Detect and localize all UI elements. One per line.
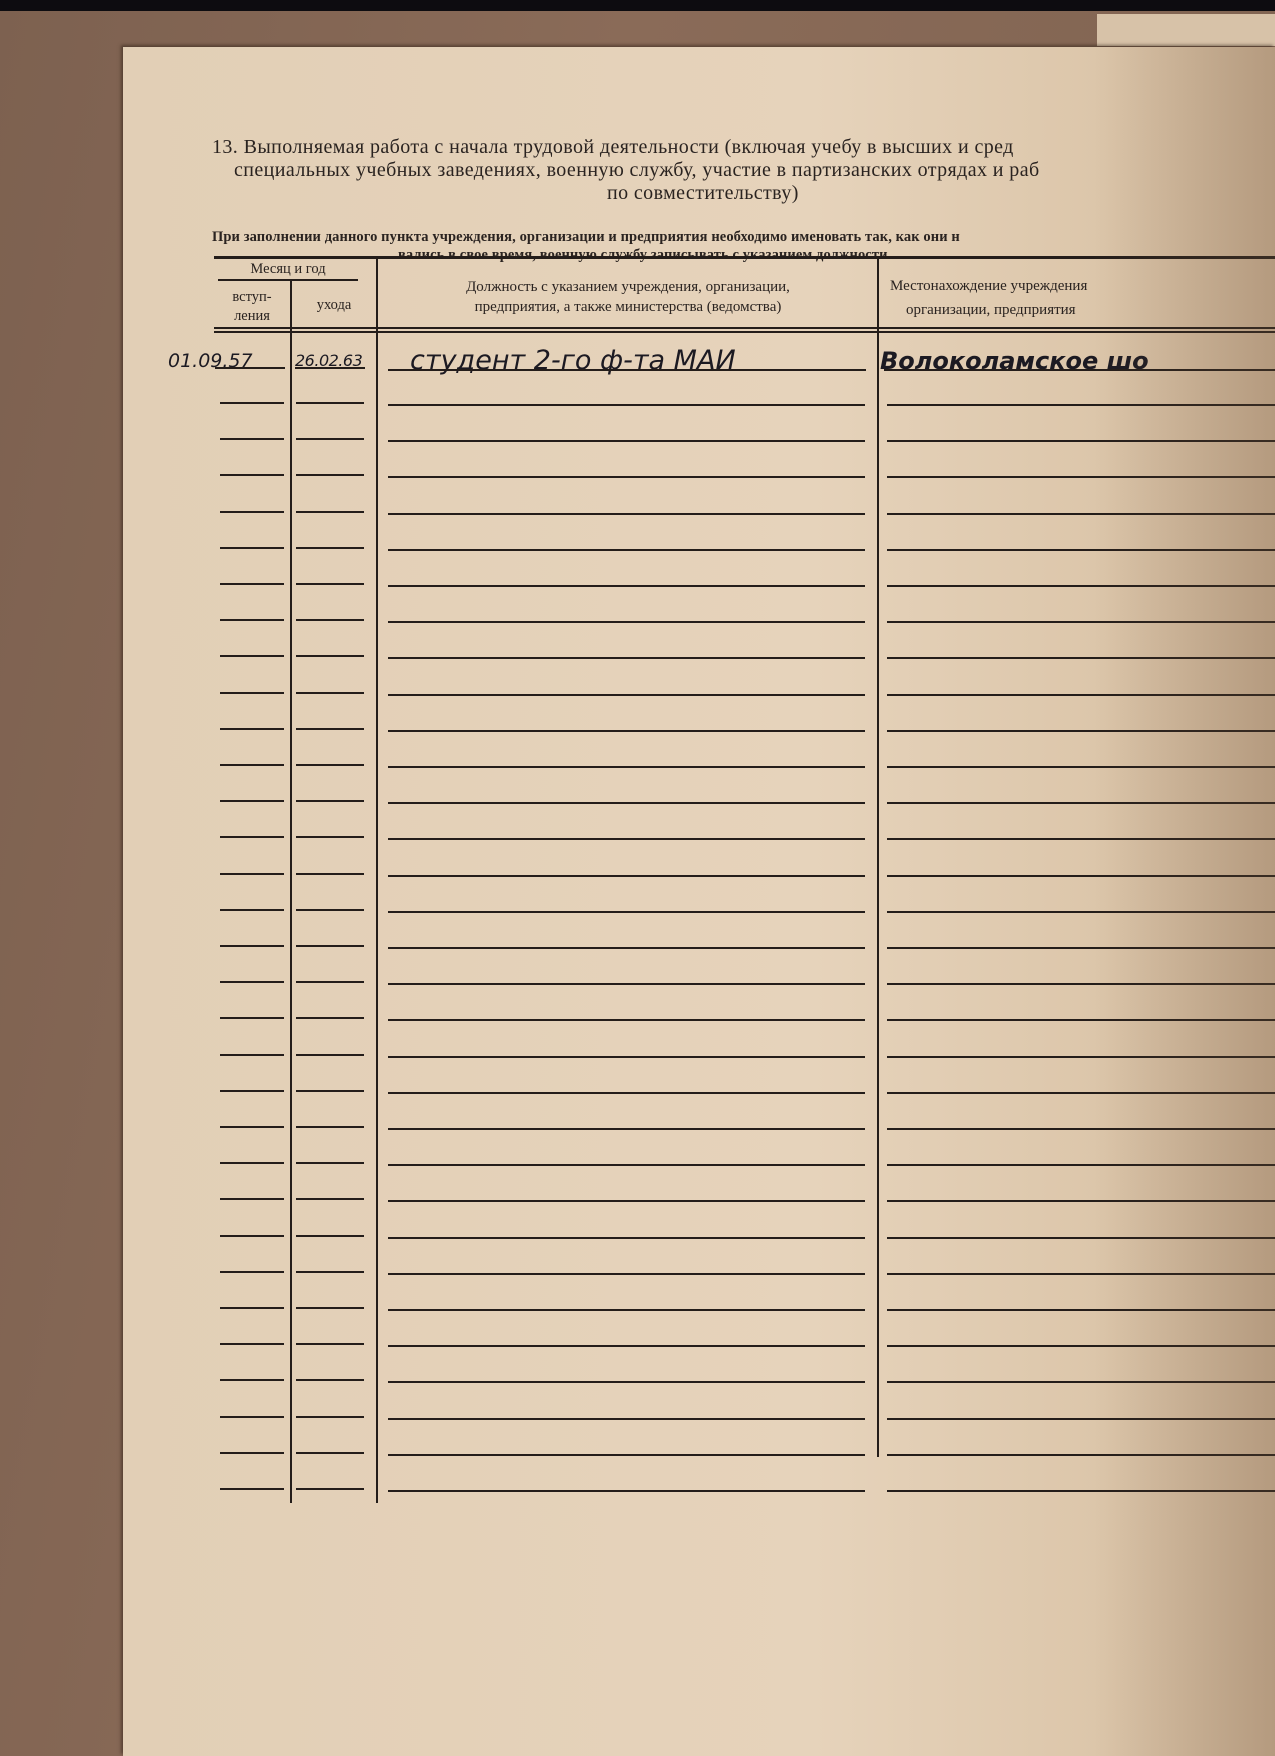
row-position-line xyxy=(388,549,865,551)
row-position-line xyxy=(388,513,865,515)
row-end-line xyxy=(296,728,364,730)
row-location-line xyxy=(887,1418,1275,1420)
header-end: ухода xyxy=(292,296,376,315)
row-location-line xyxy=(887,585,1275,587)
row-position-line xyxy=(388,404,865,406)
row-position-line xyxy=(388,1237,865,1239)
row-start-line xyxy=(220,764,284,766)
row-end-line xyxy=(296,981,364,983)
row-end-line xyxy=(296,1235,364,1237)
row-location-line xyxy=(887,983,1275,985)
row-end-line xyxy=(296,1343,364,1345)
row-start-line xyxy=(220,1162,284,1164)
row-1-end-line xyxy=(295,367,365,369)
header-location: Местонахождение учреждения организации, … xyxy=(880,274,1275,322)
column-divider-position xyxy=(376,259,378,1503)
row-end-line xyxy=(296,800,364,802)
row-position-line xyxy=(388,657,865,659)
table-top-rule xyxy=(214,256,1275,259)
row-location-line xyxy=(887,1164,1275,1166)
row-start-line xyxy=(220,836,284,838)
row-1-start-line xyxy=(215,367,285,369)
row-location-line xyxy=(887,838,1275,840)
row-position-line xyxy=(388,802,865,804)
row-location-line xyxy=(887,875,1275,877)
row-end-line xyxy=(296,619,364,621)
row-position-line xyxy=(388,694,865,696)
row-start-line xyxy=(220,1126,284,1128)
row-end-line xyxy=(296,438,364,440)
row-end-line xyxy=(296,1488,364,1490)
row-end-line xyxy=(296,764,364,766)
header-start: вступ- ления xyxy=(214,288,290,326)
header-start-line-2: ления xyxy=(214,307,290,326)
row-start-line xyxy=(220,1054,284,1056)
row-position-line xyxy=(388,875,865,877)
row-position-line xyxy=(388,1164,865,1166)
header-position-line-2: предприятия, а также министерства (ведом… xyxy=(380,297,876,317)
row-location-line xyxy=(887,549,1275,551)
row-1-position: студент 2-го ф-та МАИ xyxy=(410,345,736,376)
row-location-line xyxy=(887,1345,1275,1347)
row-position-line xyxy=(388,440,865,442)
row-location-line xyxy=(887,911,1275,913)
column-divider-start-end xyxy=(290,281,292,1503)
header-location-line-1: Местонахождение учреждения xyxy=(890,274,1275,298)
row-position-line xyxy=(388,766,865,768)
row-start-line xyxy=(220,981,284,983)
row-position-line xyxy=(388,1454,865,1456)
row-location-line xyxy=(887,802,1275,804)
row-location-line xyxy=(887,1200,1275,1202)
row-location-line xyxy=(887,404,1275,406)
row-end-line xyxy=(296,836,364,838)
row-end-line xyxy=(296,583,364,585)
row-location-line xyxy=(887,1273,1275,1275)
row-location-line xyxy=(887,513,1275,515)
header-location-line-2: организации, предприятия xyxy=(890,298,1275,322)
row-start-line xyxy=(220,873,284,875)
section-title-line-1: Выполняемая работа с начала трудовой дея… xyxy=(244,136,1014,158)
row-1-position-line xyxy=(388,369,866,371)
row-location-line xyxy=(887,476,1275,478)
row-start-line xyxy=(220,655,284,657)
section-number: 13. xyxy=(212,136,238,158)
section-title-line-2: специальных учебных заведениях, военную … xyxy=(212,159,1275,182)
section-title-line-3: по совместительству) xyxy=(212,182,1275,205)
row-end-line xyxy=(296,655,364,657)
row-location-line xyxy=(887,1309,1275,1311)
row-position-line xyxy=(388,1381,865,1383)
row-end-line xyxy=(296,1126,364,1128)
instructions-line-1: При заполнении данного пункта учреждения… xyxy=(212,228,1275,246)
row-position-line xyxy=(388,983,865,985)
row-start-line xyxy=(220,1452,284,1454)
row-start-line xyxy=(220,547,284,549)
row-start-line xyxy=(220,1235,284,1237)
row-1-location-line xyxy=(884,369,1275,371)
row-position-line xyxy=(388,621,865,623)
paper-tab xyxy=(1097,14,1275,46)
month-year-underline xyxy=(218,279,358,281)
row-end-line xyxy=(296,873,364,875)
row-end-line xyxy=(296,1017,364,1019)
row-position-line xyxy=(388,1418,865,1420)
row-end-line xyxy=(296,1198,364,1200)
row-end-line xyxy=(296,945,364,947)
row-location-line xyxy=(887,440,1275,442)
row-start-line xyxy=(220,692,284,694)
row-end-line xyxy=(296,474,364,476)
row-position-line xyxy=(388,1309,865,1311)
row-location-line xyxy=(887,1381,1275,1383)
row-location-line xyxy=(887,1019,1275,1021)
row-end-line xyxy=(296,909,364,911)
row-end-line xyxy=(296,547,364,549)
row-end-line xyxy=(296,1054,364,1056)
row-location-line xyxy=(887,947,1275,949)
header-bottom-rule-2 xyxy=(214,331,1275,333)
row-start-line xyxy=(220,474,284,476)
row-end-line xyxy=(296,1379,364,1381)
scanner-top-band xyxy=(0,0,1275,11)
row-position-line xyxy=(388,1490,865,1492)
row-location-line xyxy=(887,694,1275,696)
row-start-line xyxy=(220,583,284,585)
row-end-line xyxy=(296,1307,364,1309)
row-location-line xyxy=(887,766,1275,768)
section-title: 13. Выполняемая работа с начала трудовой… xyxy=(212,136,1275,205)
row-end-line xyxy=(296,402,364,404)
row-start-line xyxy=(220,511,284,513)
row-start-line xyxy=(220,402,284,404)
row-end-line xyxy=(296,1452,364,1454)
row-location-line xyxy=(887,1092,1275,1094)
row-location-line xyxy=(887,1056,1275,1058)
row-start-line xyxy=(220,728,284,730)
row-position-line xyxy=(388,476,865,478)
row-position-line xyxy=(388,838,865,840)
row-position-line xyxy=(388,1056,865,1058)
column-divider-location xyxy=(877,259,879,1457)
row-start-line xyxy=(220,1343,284,1345)
header-bottom-rule-1 xyxy=(214,327,1275,329)
header-month-year: Месяц и год xyxy=(218,260,358,279)
row-location-line xyxy=(887,657,1275,659)
row-location-line xyxy=(887,730,1275,732)
row-end-line xyxy=(296,692,364,694)
row-start-line xyxy=(220,1379,284,1381)
row-position-line xyxy=(388,1345,865,1347)
row-location-line xyxy=(887,1490,1275,1492)
row-position-line xyxy=(388,947,865,949)
row-start-line xyxy=(220,619,284,621)
row-position-line xyxy=(388,730,865,732)
row-start-line xyxy=(220,1198,284,1200)
row-start-line xyxy=(220,945,284,947)
row-start-line xyxy=(220,800,284,802)
row-location-line xyxy=(887,1128,1275,1130)
row-position-line xyxy=(388,911,865,913)
row-start-line xyxy=(220,1090,284,1092)
header-position-line-1: Должность с указанием учреждения, органи… xyxy=(380,277,876,297)
row-start-line xyxy=(220,1488,284,1490)
row-end-line xyxy=(296,1162,364,1164)
row-position-line xyxy=(388,1019,865,1021)
row-end-line xyxy=(296,1416,364,1418)
instructions-line-2: вались в свое время, военную службу запи… xyxy=(212,246,1275,264)
row-position-line xyxy=(388,585,865,587)
row-start-line xyxy=(220,909,284,911)
header-position: Должность с указанием учреждения, органи… xyxy=(380,277,876,317)
row-start-line xyxy=(220,1307,284,1309)
row-location-line xyxy=(887,621,1275,623)
row-position-line xyxy=(388,1092,865,1094)
row-start-line xyxy=(220,1271,284,1273)
row-end-line xyxy=(296,511,364,513)
row-position-line xyxy=(388,1128,865,1130)
row-position-line xyxy=(388,1273,865,1275)
row-start-line xyxy=(220,438,284,440)
row-location-line xyxy=(887,1454,1275,1456)
header-start-line-1: вступ- xyxy=(214,288,290,307)
row-location-line xyxy=(887,1237,1275,1239)
row-end-line xyxy=(296,1271,364,1273)
row-start-line xyxy=(220,1416,284,1418)
row-position-line xyxy=(388,1200,865,1202)
row-start-line xyxy=(220,1017,284,1019)
row-end-line xyxy=(296,1090,364,1092)
